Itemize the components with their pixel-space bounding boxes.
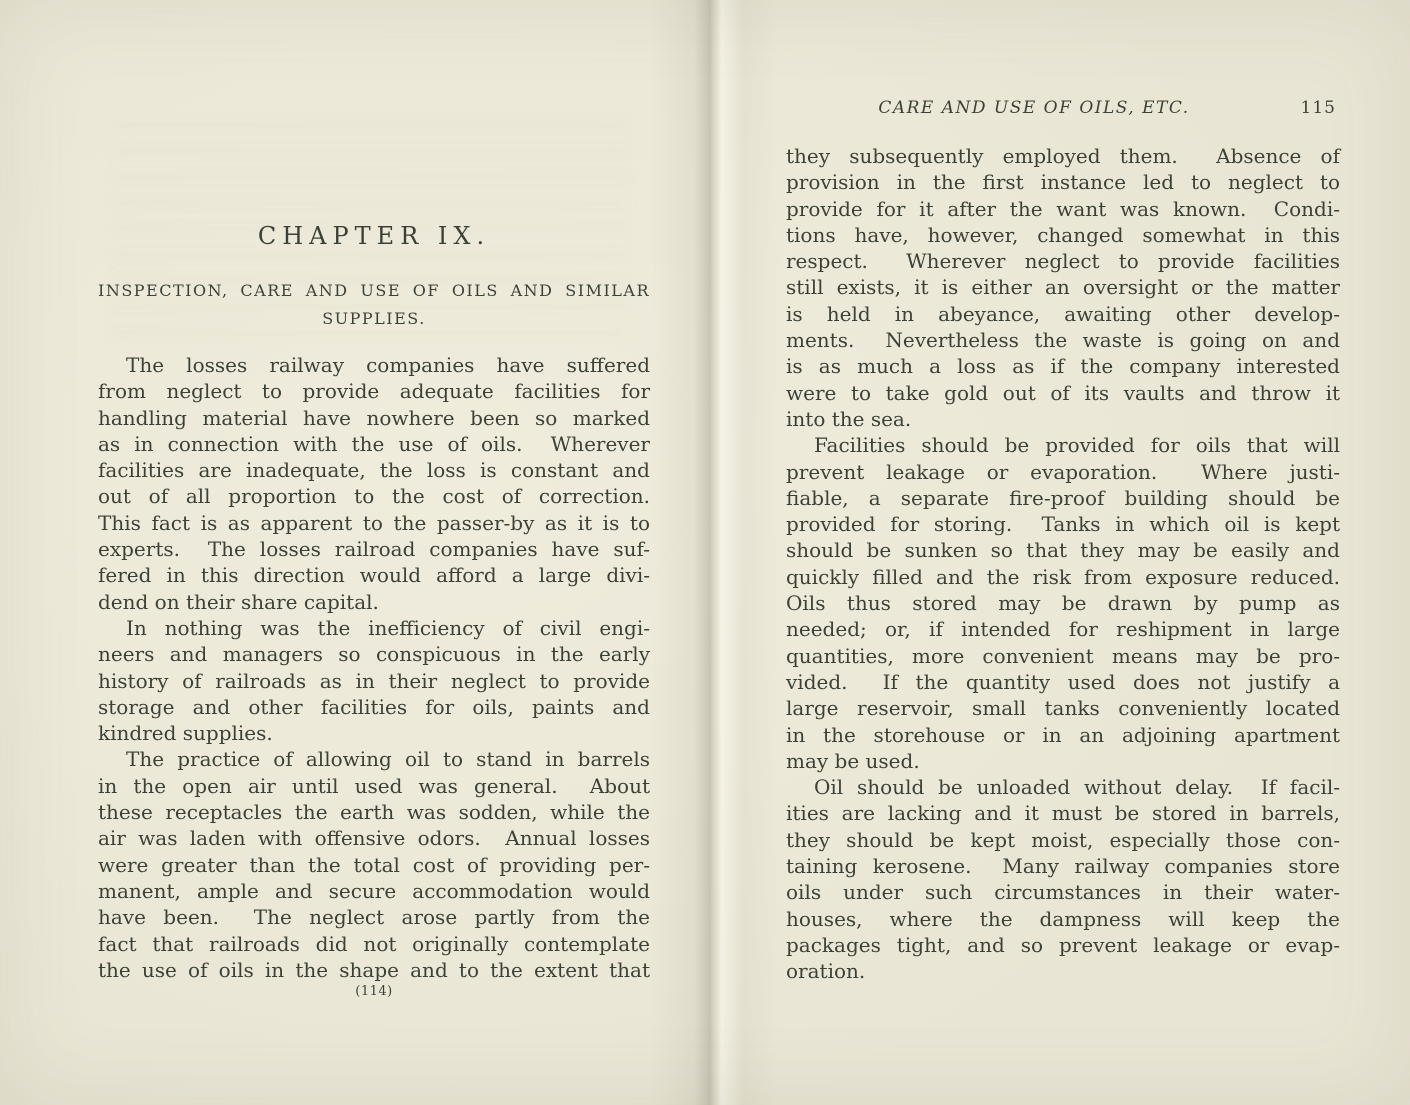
paragraph-line: tions have, however, changed somewhat in…	[786, 222, 1340, 248]
paragraph-line: into the sea.	[786, 406, 1340, 432]
paragraph-line: they subsequently employed them. Absence…	[786, 143, 1340, 169]
paragraph-line: respect. Wherever neglect to provide fac…	[786, 248, 1340, 274]
paragraph-line: oils under such circumstances in their w…	[786, 879, 1340, 905]
paragraph-line: Facilities should be provided for oils t…	[786, 432, 1340, 458]
paragraph-line: should be sunken so that they may be eas…	[786, 537, 1340, 563]
body-paragraph: Facilities should be provided for oils t…	[786, 432, 1340, 774]
paragraph-line: manent, ample and secure accommodation w…	[98, 878, 650, 904]
paragraph-line: facilities are inadequate, the loss is c…	[98, 457, 650, 483]
paragraph-line: houses, where the dampness will keep the	[786, 906, 1340, 932]
left-page-body-text: The losses railway companies have suffer…	[98, 352, 650, 983]
body-paragraph: In nothing was the inefficiency of civil…	[98, 615, 650, 746]
paragraph-line: The practice of allowing oil to stand in…	[98, 746, 650, 772]
paragraph-line: large reservoir, small tanks convenientl…	[786, 695, 1340, 721]
left-page-folio: (114)	[98, 984, 650, 999]
paragraph-line: fiable, a separate fire-proof building s…	[786, 485, 1340, 511]
paragraph-line: fered in this direction would afford a l…	[98, 562, 650, 588]
paragraph-line: ities are lacking and it must be stored …	[786, 800, 1340, 826]
running-header-row: CARE AND USE OF OILS, ETC. 115	[786, 97, 1340, 119]
paragraph-line: dend on their share capital.	[98, 589, 650, 615]
paragraph-line: Oils thus stored may be drawn by pump as	[786, 590, 1340, 616]
paragraph-line: In nothing was the inefficiency of civil…	[98, 615, 650, 641]
paragraph-line: Oil should be unloaded without delay. If…	[786, 774, 1340, 800]
running-header-title: CARE AND USE OF OILS, ETC.	[786, 97, 1340, 119]
paragraph-line: were to take gold out of its vaults and …	[786, 380, 1340, 406]
paragraph-line: The losses railway companies have suffer…	[98, 352, 650, 378]
paragraph-line: ments. Nevertheless the waste is going o…	[786, 327, 1340, 353]
book-spine-fold	[650, 0, 780, 1105]
paragraph-line: provide for it after the want was known.…	[786, 196, 1340, 222]
paragraph-line: provided for storing. Tanks in which oil…	[786, 511, 1340, 537]
right-page: CARE AND USE OF OILS, ETC. 115 they subs…	[786, 97, 1340, 985]
paragraph-line: vided. If the quantity used does not jus…	[786, 669, 1340, 695]
paragraph-line: fact that railroads did not originally c…	[98, 931, 650, 957]
paragraph-line: experts. The losses railroad companies h…	[98, 536, 650, 562]
paragraph-line: the use of oils in the shape and to the …	[98, 957, 650, 983]
chapter-heading: CHAPTER IX.	[98, 222, 650, 250]
paragraph-line: handling material have nowhere been so m…	[98, 405, 650, 431]
body-paragraph: The losses railway companies have suffer…	[98, 352, 650, 615]
body-paragraph: The practice of allowing oil to stand in…	[98, 746, 650, 983]
paragraph-line: is as much a loss as if the company inte…	[786, 353, 1340, 379]
paragraph-line: as in connection with the use of oils. W…	[98, 431, 650, 457]
paragraph-line: oration.	[786, 958, 1340, 984]
paragraph-line: needed; or, if intended for reshipment i…	[786, 616, 1340, 642]
book-spread: CHAPTER IX. INSPECTION, CARE AND USE OF …	[0, 0, 1410, 1105]
page-number: 115	[1301, 97, 1336, 119]
chapter-subtitle-line1: INSPECTION, CARE AND USE OF OILS AND SIM…	[98, 280, 650, 301]
paragraph-line: storage and other facilities for oils, p…	[98, 694, 650, 720]
paragraph-line: may be used.	[786, 748, 1340, 774]
paragraph-line: in the storehouse or in an adjoining apa…	[786, 722, 1340, 748]
paragraph-line: provision in the first instance led to n…	[786, 169, 1340, 195]
paragraph-line: kindred supplies.	[98, 720, 650, 746]
left-page: CHAPTER IX. INSPECTION, CARE AND USE OF …	[98, 222, 650, 999]
paragraph-line: neers and managers so conspicuous in the…	[98, 641, 650, 667]
paragraph-line: is held in abeyance, awaiting other deve…	[786, 301, 1340, 327]
paragraph-line: history of railroads as in their neglect…	[98, 668, 650, 694]
chapter-subtitle-line2: SUPPLIES.	[98, 308, 650, 329]
paragraph-line: packages tight, and so prevent leakage o…	[786, 932, 1340, 958]
paragraph-line: they should be kept moist, especially th…	[786, 827, 1340, 853]
paragraph-line: quantities, more convenient means may be…	[786, 643, 1340, 669]
paragraph-line: quickly filled and the risk from exposur…	[786, 564, 1340, 590]
paragraph-line: from neglect to provide adequate facilit…	[98, 378, 650, 404]
body-paragraph: Oil should be unloaded without delay. If…	[786, 774, 1340, 984]
paragraph-line: This fact is as apparent to the passer-b…	[98, 510, 650, 536]
paragraph-line: in the open air until used was general. …	[98, 773, 650, 799]
paragraph-line: taining kerosene. Many railway companies…	[786, 853, 1340, 879]
paragraph-line: these receptacles the earth was sodden, …	[98, 799, 650, 825]
paragraph-line: out of all proportion to the cost of cor…	[98, 483, 650, 509]
right-page-body-text: they subsequently employed them. Absence…	[786, 143, 1340, 985]
paragraph-line: prevent leakage or evaporation. Where ju…	[786, 459, 1340, 485]
body-paragraph: they subsequently employed them. Absence…	[786, 143, 1340, 432]
paragraph-line: have been. The neglect arose partly from…	[98, 904, 650, 930]
paragraph-line: still exists, it is either an oversight …	[786, 274, 1340, 300]
paragraph-line: were greater than the total cost of prov…	[98, 852, 650, 878]
paragraph-line: air was laden with offensive odors. Annu…	[98, 825, 650, 851]
